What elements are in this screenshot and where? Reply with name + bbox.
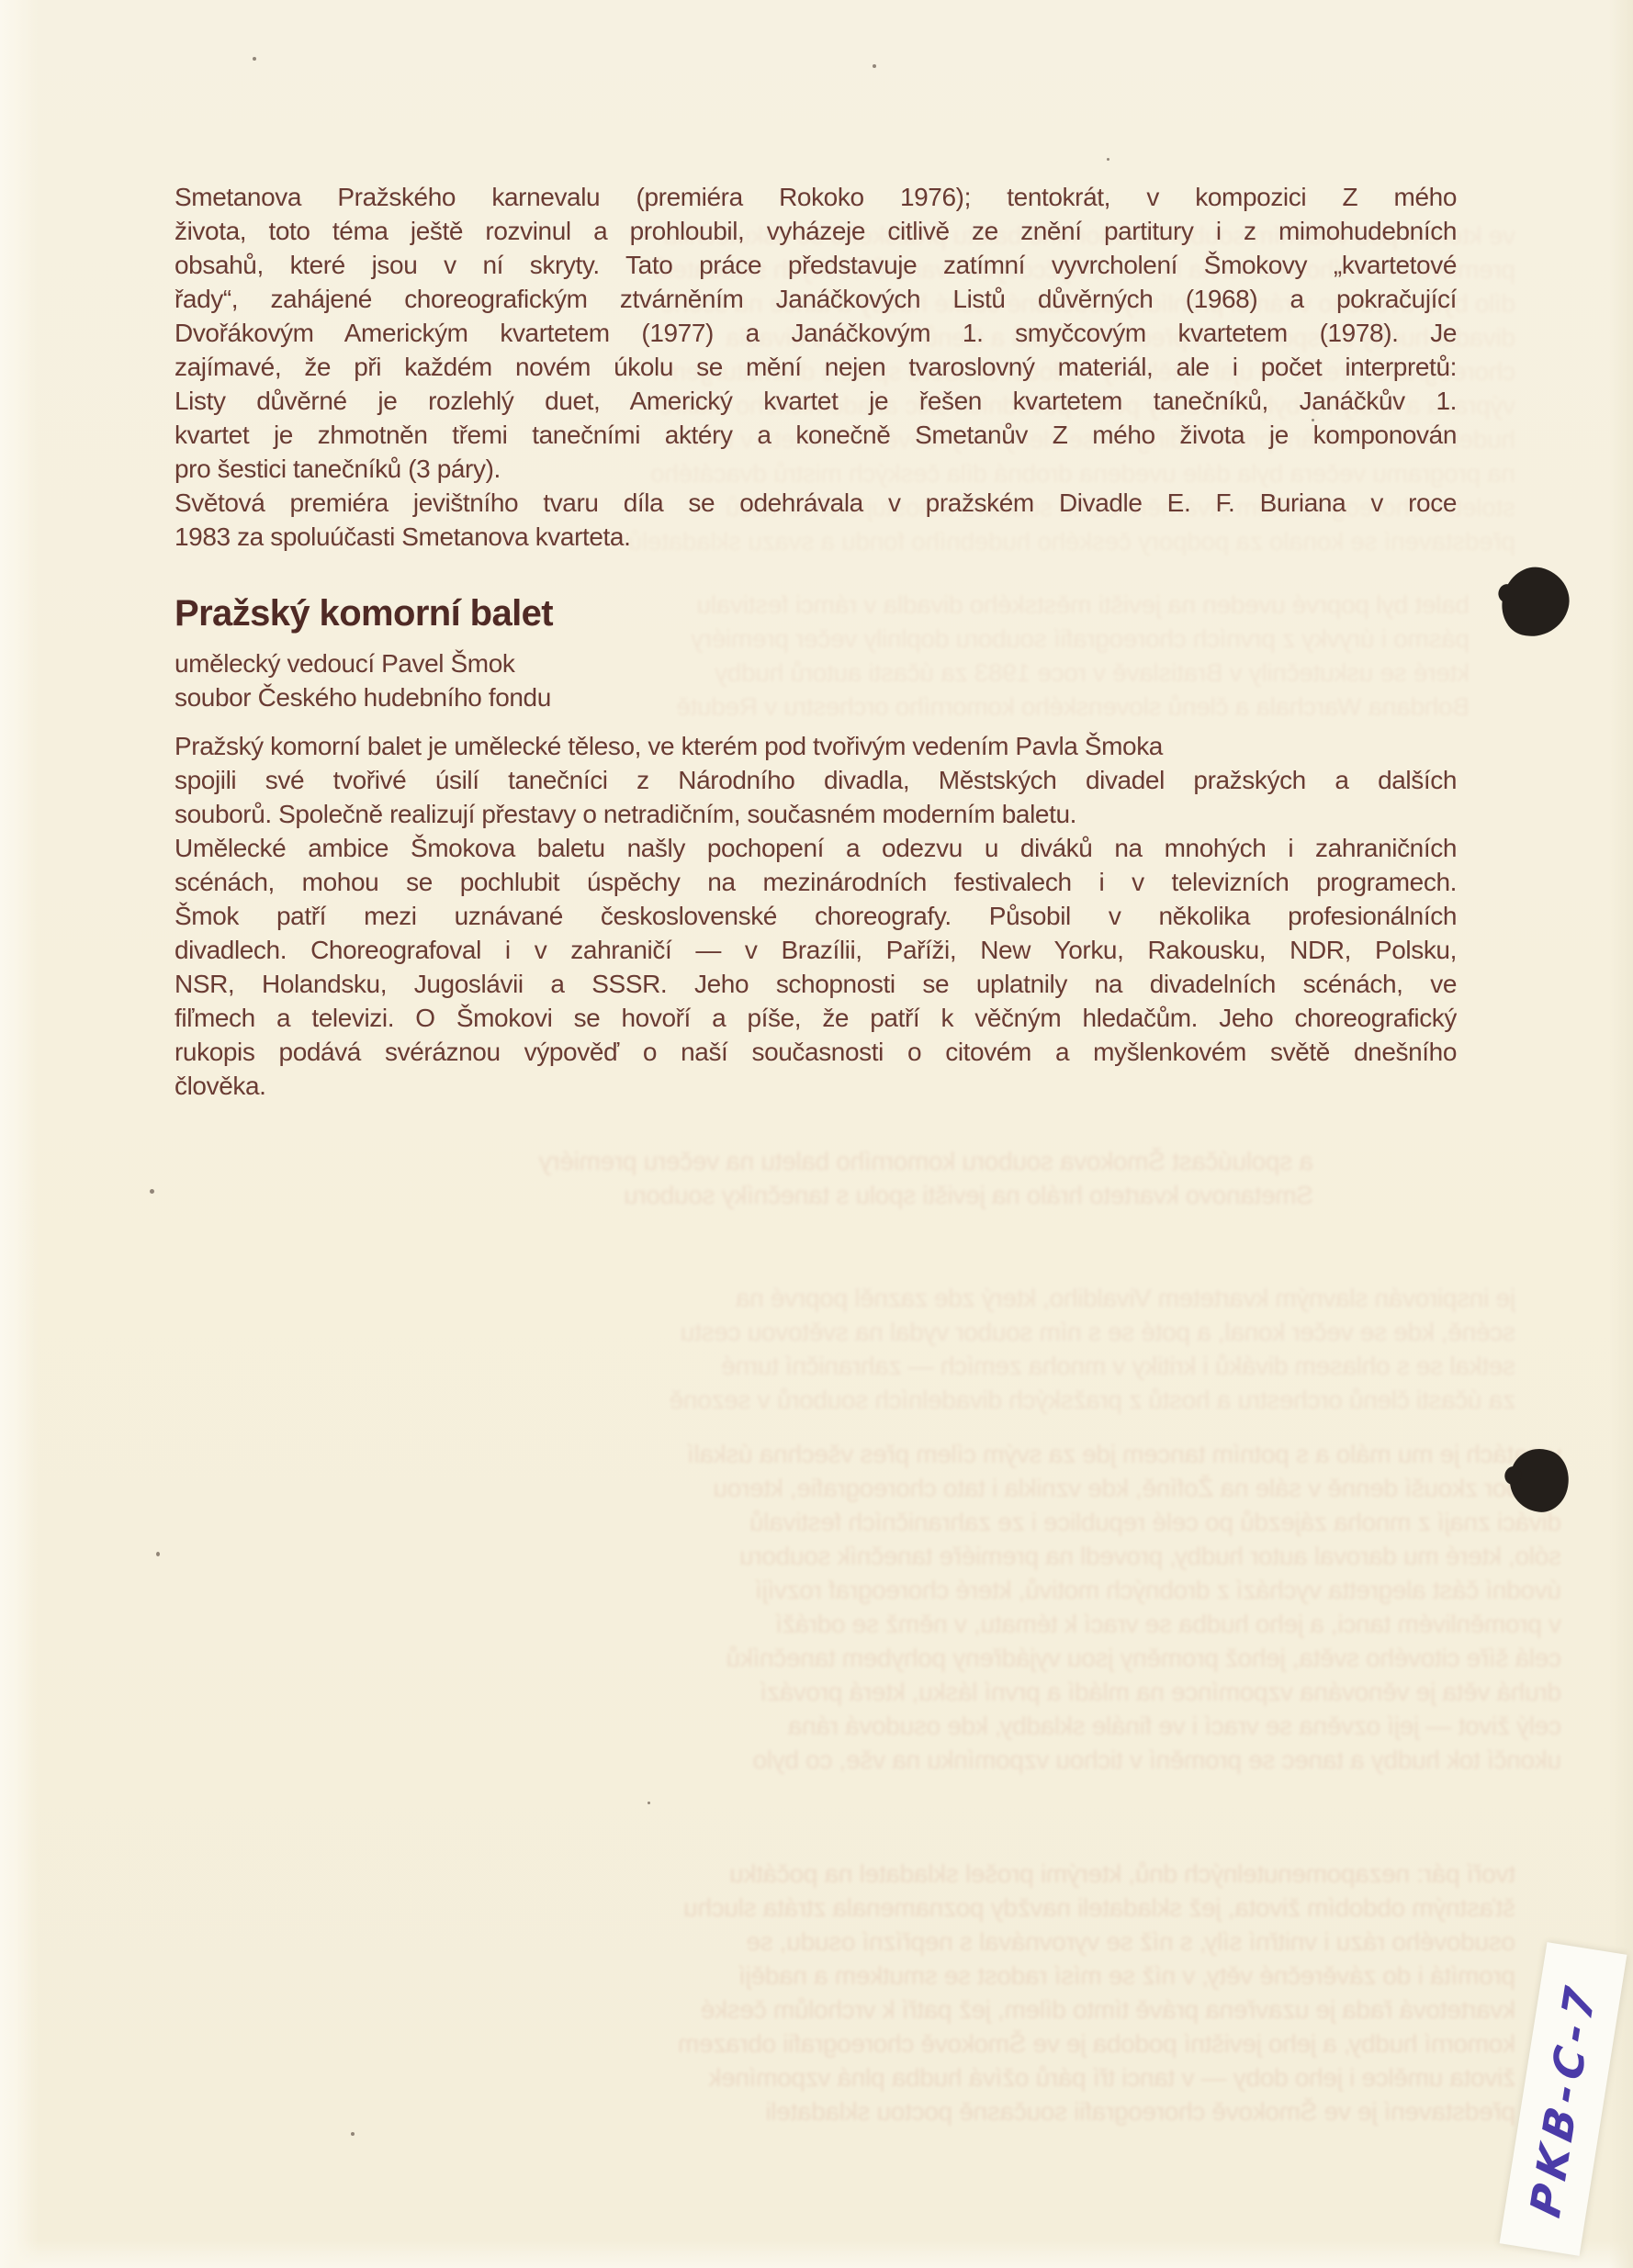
- bleedthrough-text-block: tvoří pár: nezapomenutelných dnů, kterým…: [138, 1857, 1515, 2128]
- bleedthrough-line: života umělce i jeho doby — v tanci tří …: [138, 2060, 1515, 2094]
- dust-speck: [1312, 419, 1314, 421]
- ink-blob: [1503, 1443, 1576, 1517]
- text-line: Smetanova Pražského karnevalu (premiéra …: [175, 180, 1457, 214]
- bleedthrough-line: celá šíře citového světa, jehož proměny …: [129, 1641, 1561, 1675]
- dust-speck: [150, 1189, 154, 1194]
- bleedthrough-line: diváci znají z mnoha zájezdů po celé rep…: [129, 1505, 1561, 1539]
- bleedthrough-text-block: v patách je mu málo a s potním tancem jd…: [129, 1437, 1561, 1777]
- bleedthrough-line: scéně, kde se večer konal, a poté se s n…: [138, 1315, 1515, 1349]
- text-line: souborů. Společně realizují přestavy o n…: [175, 797, 1457, 831]
- text-line: řady“, zahájené choreografickým ztvárněn…: [175, 282, 1457, 316]
- bleedthrough-line: Smetanovo kvarteto hrálo na jevišti spol…: [165, 1178, 1313, 1212]
- text-line: Pražský komorní balet je umělecké těleso…: [175, 729, 1457, 763]
- bleedthrough-line: promítá i do závěrečné věty, v níž se mí…: [138, 1959, 1515, 1993]
- dust-speck: [648, 1802, 650, 1804]
- text-line: rukopis podává svéráznou výpověď o naší …: [175, 1035, 1457, 1069]
- bleedthrough-line: za účasti členů orchestru a hostů z praž…: [138, 1383, 1515, 1417]
- text-line: života, toto téma ještě rozvinul a prohl…: [175, 214, 1457, 248]
- text-line: Umělecké ambice Šmokova baletu našly poc…: [175, 831, 1457, 865]
- text-line: NSR, Holandsku, Jugoslávii a SSSR. Jeho …: [175, 967, 1457, 1001]
- dust-speck: [351, 2132, 355, 2136]
- bleedthrough-line: v patách je mu málo a s potním tancem jd…: [129, 1437, 1561, 1471]
- text-line: spojili své tvořivé úsilí tanečníci z Ná…: [175, 763, 1457, 797]
- section-title: Pražský komorní balet: [175, 592, 553, 634]
- bleedthrough-line: setkal se s ohlasem diváků i kritiky v m…: [138, 1349, 1515, 1383]
- bleedthrough-line: ukončí tok hudby a tanec se promění v ti…: [129, 1743, 1561, 1777]
- text-line: pro šestici tanečníků (3 páry).: [175, 452, 1457, 486]
- bleedthrough-line: a spoluúčast Šmokova souboru komorního b…: [165, 1144, 1313, 1178]
- bleedthrough-line: představení je ve Šmokově choreografii s…: [138, 2094, 1515, 2128]
- text-line: obsahů, které jsou v ní skryty. Tato prá…: [175, 248, 1457, 282]
- bleedthrough-line: šťastným obdobím života, jež skladateli …: [138, 1891, 1515, 1925]
- paragraph-prazsky-komorni-balet: Pražský komorní balet je umělecké těleso…: [175, 729, 1457, 1103]
- bleedthrough-line: celý život — její ozvěna se vrací i ve f…: [129, 1709, 1561, 1743]
- bleedthrough-line: soubor zkouší denně v sále na Žofíně, kd…: [129, 1471, 1561, 1505]
- text-line: Dvořákovým Americkým kvartetem (1977) a …: [175, 316, 1457, 350]
- archive-label: PKB-C-7: [1500, 1942, 1627, 2256]
- text-line: Listy důvěrné je rozlehlý duet, Americký…: [175, 384, 1457, 418]
- ink-blob: [1495, 560, 1576, 644]
- dust-speck: [1107, 158, 1109, 161]
- bleedthrough-line: je inspirován slavným kvartetem Vivaldih…: [138, 1281, 1515, 1315]
- bleedthrough-line: druhá věta je věnována vzpomínce na mlád…: [129, 1675, 1561, 1709]
- bleedthrough-text-block: a spoluúčast Šmokova souboru komorního b…: [165, 1144, 1313, 1212]
- dust-speck: [156, 1552, 160, 1556]
- text-line: Šmok patří mezi uznávané československé …: [175, 899, 1457, 933]
- bleedthrough-line: v proměnlivém tanci, a jeho hudba se vra…: [129, 1607, 1561, 1641]
- scanned-program-page: ve kterém pod vedením souboru komorního …: [0, 0, 1633, 2268]
- paragraph-smetana-quartet-series: Smetanova Pražského karnevalu (premiéra …: [175, 180, 1457, 554]
- text-line: scénách, mohou se pochlubit úspěchy na m…: [175, 865, 1457, 899]
- text-line: člověka.: [175, 1069, 1457, 1103]
- text-line: fiľmech a televizi. O Šmokovi se hovoří …: [175, 1001, 1457, 1035]
- bleedthrough-line: osudového rázu i vnitřní síly, s níž se …: [138, 1925, 1515, 1959]
- credit-ensemble: soubor Českého hudebního fondu: [175, 680, 551, 714]
- dust-speck: [873, 64, 876, 68]
- bleedthrough-line: úvodní část alegretta vychází z drobných…: [129, 1573, 1561, 1607]
- archive-code-handwriting: PKB-C-7: [1521, 1976, 1606, 2222]
- text-line: kvartet je zhmotněn třemi tanečními akté…: [175, 418, 1457, 452]
- text-line: divadlech. Choreografoval i v zahraničí …: [175, 933, 1457, 967]
- bleedthrough-text-block: je inspirován slavným kvartetem Vivaldih…: [138, 1281, 1515, 1417]
- text-line: 1983 za spoluúčasti Smetanova kvarteta.: [175, 520, 1457, 554]
- text-line: Světová premiéra jevištního tvaru díla s…: [175, 486, 1457, 520]
- text-line: zajímavé, že při každém novém úkolu se m…: [175, 350, 1457, 384]
- dust-speck: [253, 57, 256, 61]
- credit-artistic-director: umělecký vedoucí Pavel Šmok: [175, 646, 514, 680]
- bleedthrough-line: komorní hudby, a jeho jevištní podoba je…: [138, 2027, 1515, 2060]
- bleedthrough-line: tvoří pár: nezapomenutelných dnů, kterým…: [138, 1857, 1515, 1891]
- bleedthrough-line: sólo, které mu daroval autor hudby, prov…: [129, 1539, 1561, 1573]
- bleedthrough-line: kvartetová řada je uzavřena právě tímto …: [138, 1993, 1515, 2027]
